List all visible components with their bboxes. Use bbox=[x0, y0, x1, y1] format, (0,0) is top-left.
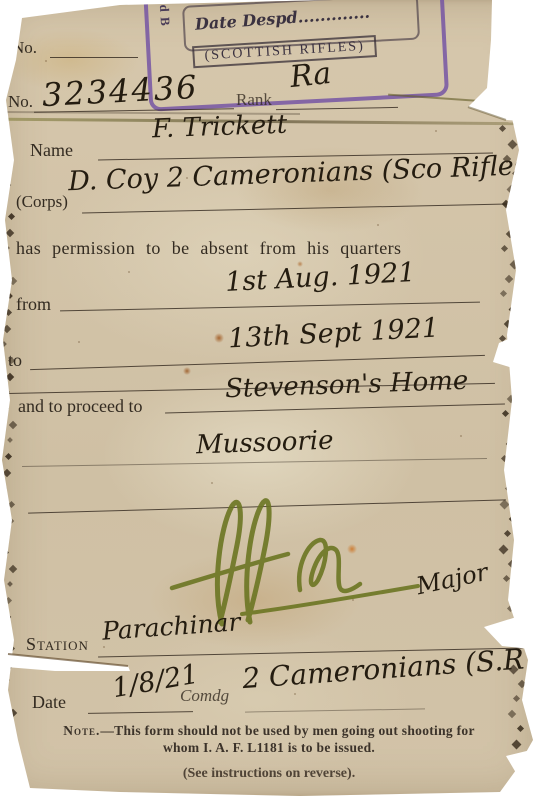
no-blank-label: No. bbox=[12, 38, 37, 58]
perforation-mark bbox=[507, 395, 515, 403]
perforation-mark bbox=[1, 629, 7, 635]
perforation-mark bbox=[9, 709, 17, 717]
proceed-label: and to proceed to bbox=[18, 396, 142, 417]
paper-speck bbox=[269, 388, 271, 390]
perforation-mark bbox=[510, 260, 520, 270]
perforation-mark bbox=[5, 165, 12, 172]
perforation-mark bbox=[6, 373, 14, 381]
perforation-mark bbox=[7, 725, 13, 731]
ruled-line bbox=[50, 57, 138, 58]
perforation-mark bbox=[3, 613, 11, 621]
perforation-mark bbox=[3, 757, 11, 765]
paper-sheet: No. Date Despd............. (SCOTTISH RI… bbox=[0, 0, 537, 796]
paper-speck bbox=[186, 177, 188, 179]
perforation-mark bbox=[5, 453, 12, 460]
name-value: F. Trickett bbox=[152, 110, 288, 145]
perforation-mark bbox=[508, 710, 516, 718]
perforation-mark bbox=[9, 277, 17, 285]
perforation-mark bbox=[512, 380, 522, 390]
perforation-mark bbox=[506, 230, 514, 238]
destination-line1: Stevenson's Home bbox=[225, 366, 469, 404]
perforation-mark bbox=[499, 335, 506, 342]
rank-label: Rank bbox=[236, 90, 272, 110]
perforation-mark bbox=[8, 213, 15, 220]
perforation-mark bbox=[8, 501, 15, 508]
perforation-mark bbox=[2, 405, 9, 412]
permission-statement: has permission to be absent from his qua… bbox=[16, 238, 401, 259]
paper-speck bbox=[103, 646, 105, 648]
perforation-mark bbox=[510, 470, 518, 478]
scanned-leave-pass: No. Date Despd............. (SCOTTISH RI… bbox=[0, 0, 539, 800]
to-date-value: 13th Sept 1921 bbox=[227, 312, 439, 354]
from-label: from bbox=[16, 294, 51, 315]
ruled-line bbox=[276, 107, 398, 110]
perforation-mark bbox=[2, 693, 9, 700]
perforation-mark bbox=[1, 341, 7, 347]
paper-speck bbox=[45, 60, 47, 62]
perforation-mark bbox=[499, 545, 509, 555]
footer-note: Note.—This form should not be used by me… bbox=[28, 722, 510, 756]
perforation-mark bbox=[504, 320, 512, 328]
note-line2: whom I. A. F. L1181 is to be issued. bbox=[163, 740, 375, 755]
perforation-mark bbox=[501, 245, 508, 252]
perforation-mark bbox=[505, 275, 513, 283]
perforation-mark bbox=[511, 215, 518, 222]
perforation-mark bbox=[1, 485, 7, 491]
perforation-mark bbox=[501, 455, 508, 462]
perforation-mark bbox=[512, 740, 522, 750]
corps-value: D. Coy 2 Cameronians (Sco Rifles) bbox=[68, 150, 539, 197]
perforation-mark bbox=[509, 515, 517, 523]
destination-line2: Mussoorie bbox=[196, 426, 334, 461]
paper-speck bbox=[78, 341, 80, 343]
from-date-value: 1st Aug. 1921 bbox=[224, 257, 416, 298]
note-line1: —This form should not be used by men goi… bbox=[100, 723, 474, 738]
perforation-mark bbox=[507, 185, 517, 195]
perforation-mark bbox=[2, 261, 9, 268]
perforation-mark bbox=[508, 140, 518, 150]
perforation-mark bbox=[4, 245, 10, 251]
date-label: Date bbox=[32, 692, 66, 713]
perforation-mark bbox=[7, 293, 13, 299]
perforation-mark bbox=[506, 440, 514, 448]
perforation-mark bbox=[5, 741, 12, 748]
perforation-mark bbox=[1, 197, 7, 203]
perforation-mark bbox=[505, 485, 512, 492]
ruled-line bbox=[88, 711, 193, 714]
perforation-mark bbox=[508, 560, 516, 568]
perforation-mark bbox=[4, 677, 10, 683]
perforation-mark bbox=[7, 149, 13, 155]
perforation-mark bbox=[500, 500, 510, 510]
reverse-instructions: (See instructions on reverse). bbox=[28, 766, 510, 782]
perforation-mark bbox=[513, 695, 520, 702]
paper-speck bbox=[460, 435, 462, 437]
perforation-mark bbox=[509, 305, 519, 315]
perforation-mark bbox=[7, 581, 13, 587]
perforation-mark bbox=[502, 200, 510, 208]
perforation-mark bbox=[517, 725, 524, 732]
perforation-mark bbox=[507, 605, 514, 612]
perforation-mark bbox=[9, 565, 17, 573]
perforation-mark bbox=[6, 661, 14, 669]
perforation-mark bbox=[512, 590, 520, 598]
perforation-mark bbox=[5, 597, 12, 604]
paper-speck bbox=[352, 599, 354, 601]
perforation-mark bbox=[3, 325, 11, 333]
paper-speck bbox=[128, 271, 130, 273]
station-label: Station bbox=[26, 634, 89, 655]
perforation-mark bbox=[9, 421, 17, 429]
perforation-mark bbox=[499, 125, 506, 132]
perforation-mark bbox=[4, 389, 10, 395]
perforation-mark bbox=[8, 645, 15, 652]
ruled-line bbox=[22, 458, 487, 467]
perforation-mark bbox=[2, 549, 9, 556]
stamp-battalion-side-text: 2nd B bbox=[155, 0, 173, 27]
perforation-mark bbox=[4, 533, 10, 539]
perforation-mark bbox=[6, 229, 14, 237]
perforation-mark bbox=[6, 517, 14, 525]
rank-value: Ra bbox=[288, 56, 333, 95]
perforation-mark bbox=[5, 309, 12, 316]
paper-speck bbox=[377, 224, 379, 226]
perforation-mark bbox=[511, 425, 521, 435]
perforation-mark bbox=[3, 181, 11, 189]
perforation-mark bbox=[3, 469, 11, 477]
ruled-line bbox=[245, 708, 425, 712]
paper-speck bbox=[211, 482, 213, 484]
perforation-mark bbox=[1, 773, 7, 779]
perforation-mark bbox=[518, 680, 526, 688]
perforation-mark bbox=[503, 575, 510, 582]
ruled-line bbox=[60, 302, 480, 312]
station-value: Parachinar bbox=[101, 607, 241, 646]
perforation-mark bbox=[500, 290, 507, 297]
perforation-mark bbox=[7, 437, 13, 443]
no-label: No. bbox=[8, 92, 33, 112]
perforation-mark bbox=[502, 410, 509, 417]
corps-label: (Corps) bbox=[16, 192, 68, 212]
paper-crease bbox=[388, 94, 514, 105]
signature-rank: Major bbox=[414, 558, 490, 600]
commanding-label: Comdg bbox=[180, 686, 229, 706]
name-label: Name bbox=[30, 140, 73, 161]
paper-speck bbox=[435, 130, 437, 132]
ruled-line bbox=[82, 204, 507, 214]
ruled-line bbox=[165, 404, 505, 414]
perforation-mark bbox=[504, 530, 511, 537]
paper-speck bbox=[294, 693, 296, 695]
note-label: Note. bbox=[63, 723, 100, 738]
